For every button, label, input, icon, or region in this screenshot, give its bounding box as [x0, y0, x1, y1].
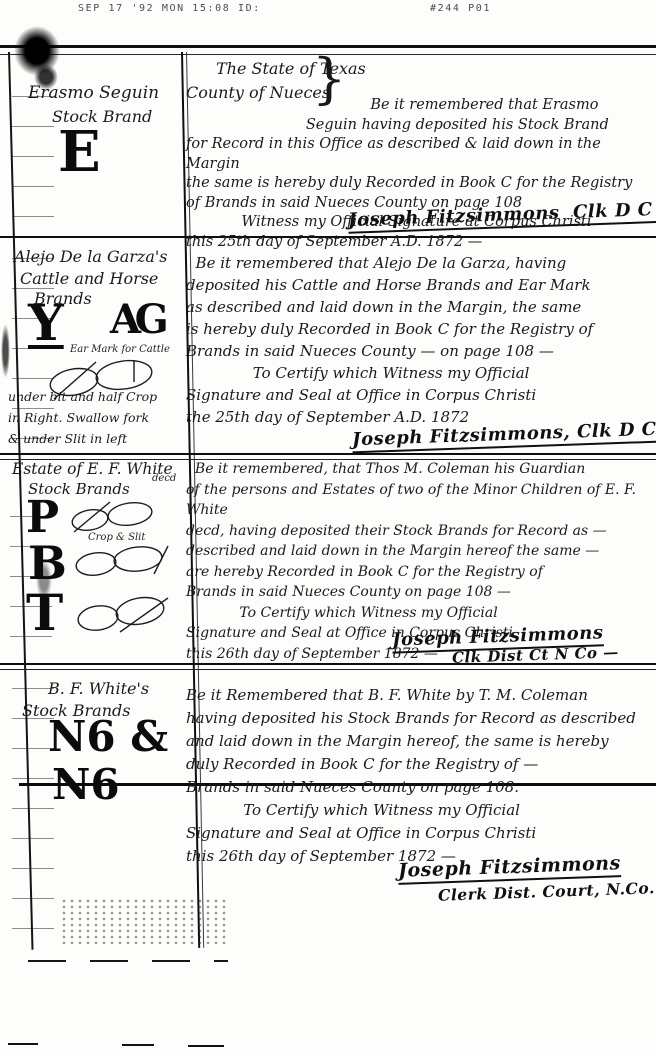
brand-mark-n6: N6 &	[48, 716, 168, 758]
brand-mark-t: T	[26, 588, 63, 638]
record-body-text: Be it remembered that Erasmo Seguin havi…	[186, 96, 654, 252]
ear-mark-sketch	[72, 592, 174, 636]
bottom-mark	[8, 1043, 38, 1045]
record-body-text: Be it Remembered that B. F. White by T. …	[186, 684, 654, 868]
brand-mark-e: E	[58, 124, 101, 180]
owner-name: Erasmo Seguin	[28, 82, 159, 105]
ear-mark-sketch	[70, 544, 170, 580]
fax-header-timestamp: SEP 17 '92 MON 15:08 ID:	[78, 3, 261, 14]
scan-noise	[60, 898, 228, 944]
owner-suffix: decd	[152, 473, 176, 484]
ear-mark-label: Crop & Slit	[88, 532, 145, 543]
brand-title: Cattle and Horse	[20, 268, 158, 290]
ear-mark-sketch	[66, 498, 162, 536]
brand-mark-ag: AG	[110, 300, 162, 340]
bottom-mark	[122, 1044, 154, 1046]
owner-name: B. F. White's	[48, 678, 149, 700]
bottom-ruling-dashes	[28, 960, 228, 962]
ear-mark-description: under bit and half Crop in Right. Swallo…	[8, 386, 157, 449]
owner-name: Alejo De la Garza's	[14, 246, 168, 268]
brand-mark-b: B	[28, 540, 67, 586]
brand-mark-y: Y	[28, 298, 64, 348]
record-divider-3	[0, 663, 656, 670]
bottom-mark	[188, 1045, 224, 1047]
scanned-document-page: SEP 17 '92 MON 15:08 ID: #244 P01 Erasmo…	[0, 0, 656, 1054]
owner-name: Estate of E. F. White	[12, 459, 173, 480]
brand-mark-p: P	[26, 496, 59, 540]
margin-ruling	[12, 96, 54, 226]
clerk-signature-title: Clerk Dist. Court, N.Co.	[438, 878, 655, 905]
record-body-text: Be it remembered that Alejo De la Garza,…	[186, 252, 654, 428]
ink-stain	[1, 324, 10, 378]
fax-header-page-number: #244 P01	[430, 3, 491, 14]
